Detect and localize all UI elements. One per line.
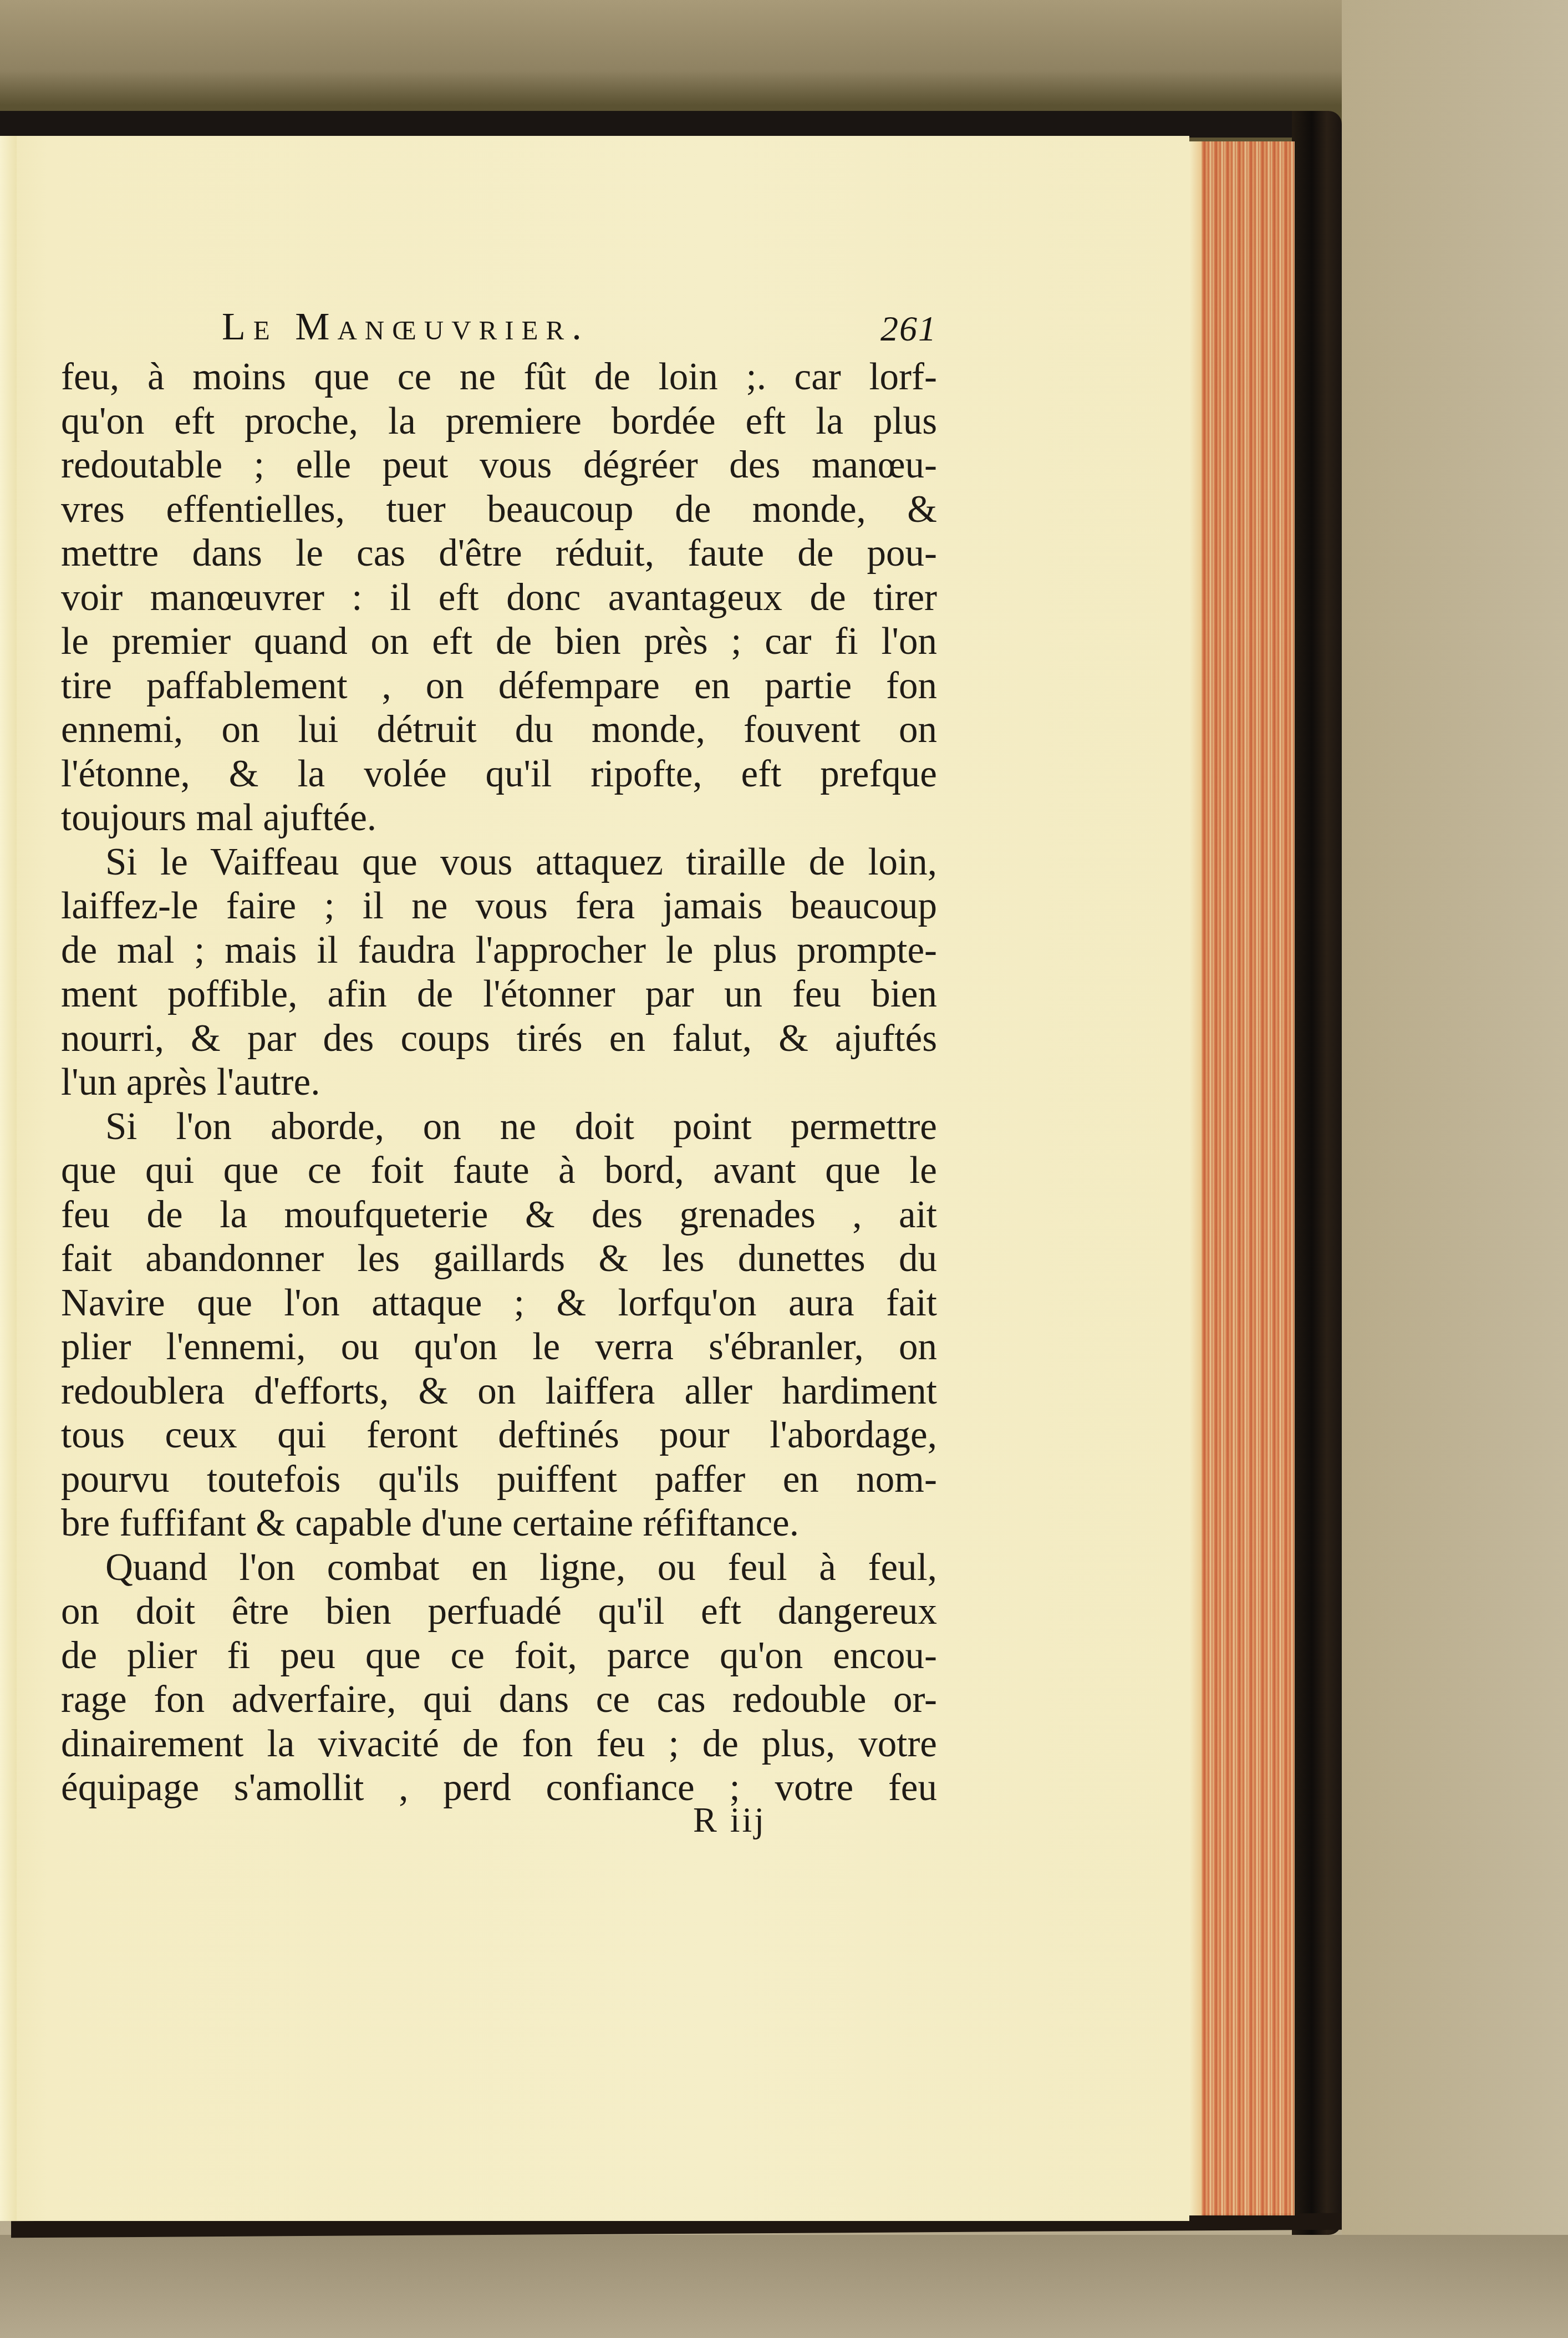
running-title: Le Manœuvrier. [222, 305, 589, 349]
text-line: le premier quand on eft de bien près ; c… [61, 619, 937, 664]
book-cover-spine-edge [1292, 111, 1342, 2235]
text-line: l'étonne, & la volée qu'il ripofte, eft … [61, 752, 937, 796]
text-line: bre fuffifant & capable d'une certaine r… [61, 1501, 937, 1546]
background-right [1342, 0, 1568, 2338]
text-line: fait abandonner les gaillards & les dune… [61, 1237, 937, 1281]
text-line: vres effentielles, tuer beaucoup de mond… [61, 487, 937, 532]
page-number: 261 [880, 308, 937, 349]
paragraph-start-line: Si le Vaiffeau que vous attaquez tiraill… [61, 840, 937, 885]
page-gutter [0, 136, 17, 2221]
text-line: plier l'ennemi, ou qu'on le verra s'ébra… [61, 1325, 937, 1369]
paragraph-start-line: Si l'on aborde, on ne doit point permett… [61, 1105, 937, 1149]
text-line: redoublera d'efforts, & on laiffera alle… [61, 1369, 937, 1414]
text-line: tire paffablement , on défempare en part… [61, 664, 937, 708]
background-bottom [0, 2235, 1568, 2338]
text-line: feu, à moins que ce ne fût de loin ;. ca… [61, 355, 937, 399]
text-line: dinairement la vivacité de fon feu ; de … [61, 1722, 937, 1766]
text-line: nourri, & par des coups tirés en falut, … [61, 1016, 937, 1061]
text-line: tous ceux qui feront deftinés pour l'abo… [61, 1413, 937, 1457]
text-line: l'un après l'autre. [61, 1060, 937, 1105]
text-line: de mal ; mais il faudra l'approcher le p… [61, 928, 937, 973]
text-line: voir manœuvrer : il eft donc avantageux … [61, 576, 937, 620]
text-line: mettre dans le cas d'être réduit, faute … [61, 531, 937, 576]
running-head: Le Manœuvrier. 261 [222, 299, 937, 349]
body-text: feu, à moins que ce ne fût de loin ;. ca… [61, 355, 937, 1810]
text-line: toujours mal ajuftée. [61, 796, 937, 840]
text-line: que qui que ce foit faute à bord, avant … [61, 1148, 937, 1193]
book-cover-top-edge [0, 111, 1320, 138]
text-line: feu de la moufqueterie & des grenades , … [61, 1193, 937, 1237]
text-line: rage fon adverfaire, qui dans ce cas red… [61, 1678, 937, 1722]
text-line: de plier fi peu que ce foit, parce qu'on… [61, 1634, 937, 1678]
text-line: ment poffible, afin de l'étonner par un … [61, 972, 937, 1016]
text-line: on doit être bien perfuadé qu'il eft dan… [61, 1589, 937, 1634]
text-line: redoutable ; elle peut vous dégréer des … [61, 443, 937, 487]
signature-mark: R iij [693, 1800, 766, 1841]
text-line: pourvu toutefois qu'ils puiffent paffer … [61, 1457, 937, 1502]
page-fore-edge-highlight [1189, 141, 1202, 2215]
text-line: Navire que l'on attaque ; & lorfqu'on au… [61, 1281, 937, 1325]
text-line: équipage s'amollit , perd confiance ; vo… [61, 1766, 937, 1810]
paragraph-start-line: Quand l'on combat en ligne, ou feul à fe… [61, 1546, 937, 1590]
text-line: qu'on eft proche, la premiere bordée eft… [61, 399, 937, 444]
text-line: laiffez-le faire ; il ne vous fera jamai… [61, 884, 937, 928]
text-line: ennemi, on lui détruit du monde, fouvent… [61, 708, 937, 752]
page-fore-edge [1189, 141, 1295, 2215]
